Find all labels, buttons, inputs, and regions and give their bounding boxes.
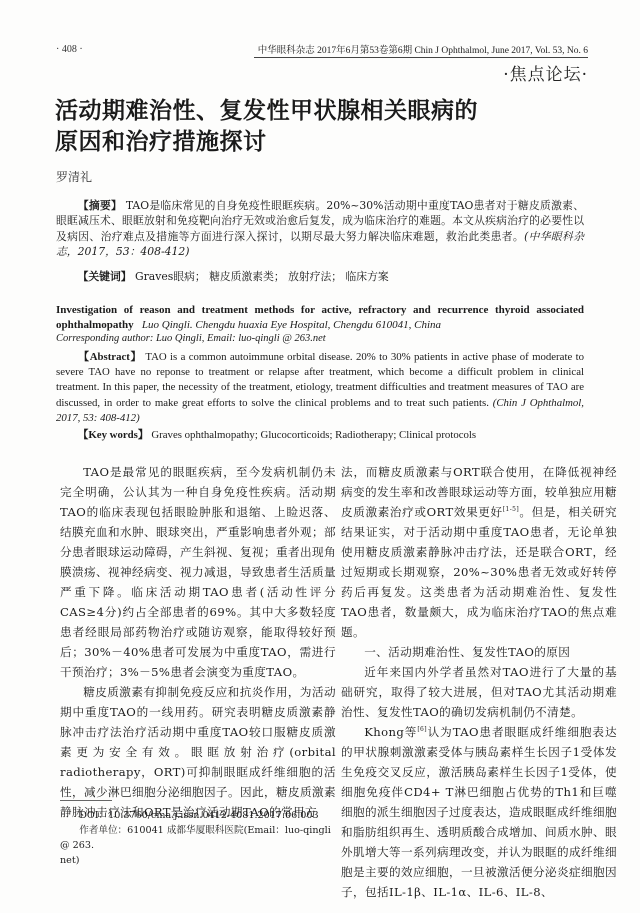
abstract-label: 【摘要】: [78, 199, 123, 212]
title-line-1: 活动期难治性、复发性甲状腺相关眼病的: [55, 96, 478, 127]
body-right-column: 法，而糖皮质激素与ORT联合使用，在降低视神经病变的发生率和改善眼球运动等方面，…: [341, 462, 617, 902]
paragraph: 近年来国内外学者虽然对TAO进行了大量的基础研究，取得了较大进展，但对TAO尤其…: [341, 662, 617, 722]
footnote-divider: [60, 800, 112, 801]
author-affiliation-cont: net): [60, 853, 340, 868]
paragraph: 糖皮质激素有抑制免疫反应和抗炎作用，为活动期中重度TAO的一线用药。研究表明糖皮…: [60, 682, 336, 822]
article-title: 活动期难治性、复发性甲状腺相关眼病的 原因和治疗措施探讨: [55, 96, 478, 158]
abstract-text: TAO是临床常见的自身免疫性眼眶疾病。20%~30%活动期中重度TAO患者对于糖…: [56, 199, 584, 243]
author: 罗清礼: [56, 168, 92, 185]
paragraph: TAO是最常见的眼眶疾病，至今发病机制仍未完全明确，公认其为一种自身免疫性疾病。…: [60, 462, 336, 682]
author-affiliation: 作者单位：610041 成都华厦眼科医院(Email：luo-qingli @ …: [60, 823, 340, 853]
footnote: DOI：10.3760/cma.j.issn.0412-4081.2017.06…: [60, 808, 340, 868]
doi: DOI：10.3760/cma.j.issn.0412-4081.2017.06…: [60, 808, 340, 823]
citation-ref: [6]: [417, 726, 427, 733]
corresponding-author: Corresponding author: Luo Qingli, Email:…: [56, 333, 326, 344]
paragraph: Khong等[6]认为TAO患者眼眶成纤维细胞表达的甲状腺刺激激素受体与胰岛素样…: [341, 722, 617, 902]
english-abstract: 【Abstract】 TAO is a common autoimmune or…: [56, 350, 584, 426]
paragraph-text: Khong等: [364, 725, 417, 739]
chinese-keywords: 【关键词】 Graves眼病； 糖皮质激素类； 放射疗法； 临床方案: [56, 269, 389, 284]
citation-ref: [1-5]: [503, 506, 519, 513]
paragraph-text: 。但是，相关研究结果证实，对于活动期中重度TAO患者，无论单独使用糖皮质激素静脉…: [341, 505, 617, 639]
english-abstract-label: 【Abstract】: [78, 351, 142, 363]
english-keywords-label: 【Key words】: [78, 429, 149, 441]
chinese-abstract: 【摘要】 TAO是临床常见的自身免疫性眼眶疾病。20%~30%活动期中重度TAO…: [56, 198, 584, 260]
paragraph: 法，而糖皮质激素与ORT联合使用，在降低视神经病变的发生率和改善眼球运动等方面，…: [341, 462, 617, 642]
section-heading: 一、活动期难治性、复发性TAO的原因: [341, 642, 617, 662]
page-number: · 408 ·: [56, 44, 83, 55]
title-line-2: 原因和治疗措施探讨: [55, 127, 478, 158]
running-head: 中华眼科杂志 2017年6月第53卷第6期 Chin J Ophthalmol,…: [254, 42, 588, 58]
english-title: Investigation of reason and treatment me…: [56, 303, 584, 333]
english-keywords-text: Graves ophthalmopathy; Glucocorticoids; …: [149, 429, 476, 441]
section-label: ·焦点论坛·: [503, 60, 588, 85]
english-keywords: 【Key words】 Graves ophthalmopathy; Gluco…: [56, 427, 476, 442]
keywords-text: Graves眼病； 糖皮质激素类； 放射疗法； 临床方案: [132, 270, 389, 283]
body-left-column: TAO是最常见的眼眶疾病，至今发病机制仍未完全明确，公认其为一种自身免疫性疾病。…: [60, 462, 336, 822]
keywords-label: 【关键词】: [78, 270, 132, 283]
paragraph-text: 认为TAO患者眼眶成纤维细胞表达的甲状腺刺激激素受体与胰岛素样生长因子1受体发生…: [341, 725, 617, 899]
english-affiliation: Luo Qingli. Chengdu huaxia Eye Hospital,…: [142, 319, 441, 331]
